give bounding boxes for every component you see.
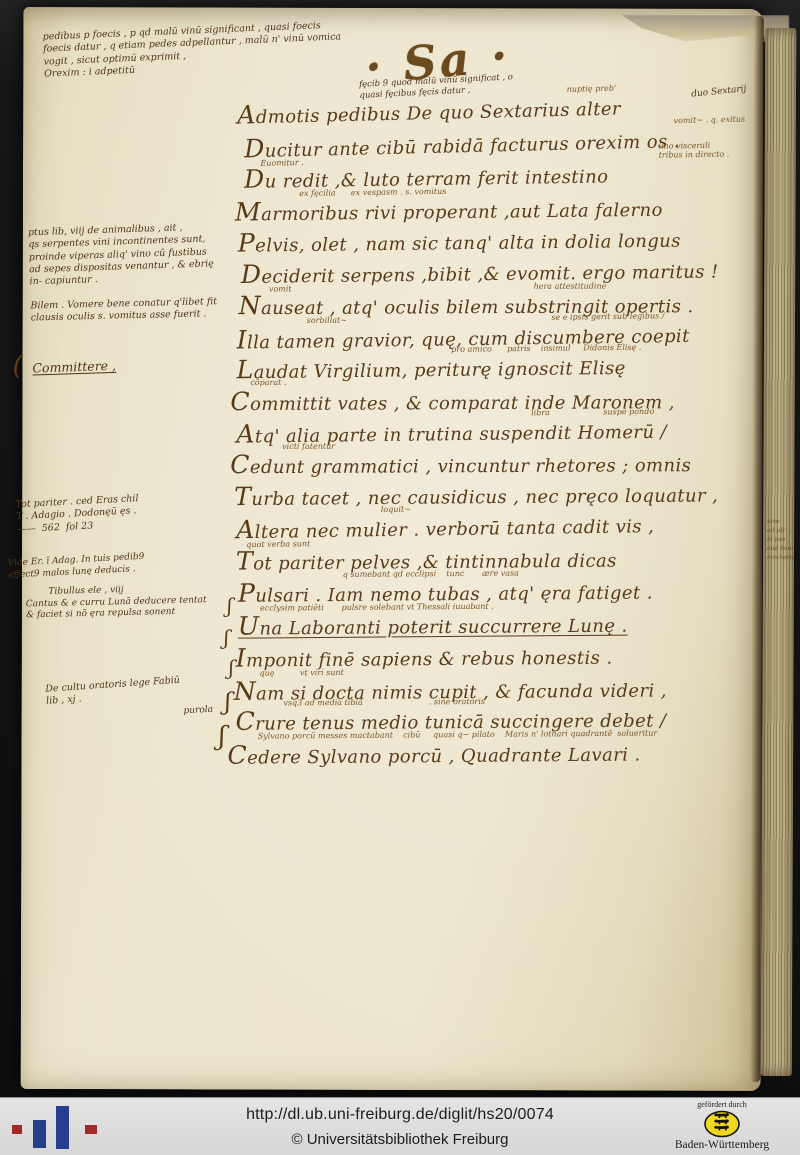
verse-line: Altera nec mulier . verborū tanta cadit …: [236, 511, 654, 542]
verse-line: Cedere Sylvano porcū , Quadrante Lavari …: [227, 739, 640, 767]
funding-block: gefördert durch Baden-Württemberg: [662, 1100, 782, 1155]
pen-flourish-mark: ʃ: [224, 628, 229, 648]
verse-line: Pulsari . Iam nemo tubas , atq' ęra fati…: [238, 578, 653, 606]
margin-note: Tot pariter . ced Eras chilT . Adagio . …: [15, 493, 140, 536]
verse-text: Turba tacet , nec causidicus , nec pręco…: [234, 485, 718, 510]
verse-line: Laudat Virgilium, periturę ignoscit Elis…: [236, 353, 626, 383]
interlinear-gloss-above: hera attestitudine: [534, 283, 607, 292]
verse-text: Cedere Sylvano porcū , Quadrante Lavari …: [227, 744, 640, 768]
margin-note: Vide Er. ī Adag. In tuis pedib9effect9 m…: [7, 552, 145, 582]
interlinear-gloss-above: imo viscerali tribus in directo .: [658, 142, 729, 161]
interlinear-gloss-above: se e ipsis gerit sub legibus /: [551, 312, 664, 322]
interlinear-gloss-above: vsq3 ad media tibiā . sine oratoris: [283, 698, 485, 708]
verse-text: Cedunt grammatici , vincuntur rhetores ;…: [230, 455, 691, 478]
interlinear-gloss-above: quę vt viri sunt: [259, 669, 343, 678]
interlinear-gloss-above: q sumebant qd ecclipsi tunc ære vasa: [343, 570, 519, 580]
margin-note: Bilem . Vomere bene conatur q'libet fitc…: [30, 296, 217, 325]
verse-line: Admotis pedibus De quo Sextarius alternu…: [237, 94, 621, 128]
interlinear-gloss-above: victi fatentur: [282, 443, 335, 452]
pen-flourish-mark: ʃ: [229, 658, 234, 678]
verse-text: Pelvis, olet , nam sic tanq' alta in dol…: [238, 231, 681, 257]
verse-line: Ducitur ante cibū rabidā facturus orexim…: [244, 126, 680, 161]
page-corner-damage: [621, 15, 789, 49]
verse-line: Cedunt grammatici , vincuntur rhetores ;…: [230, 450, 691, 477]
interlinear-gloss-above: cōparat .: [250, 379, 286, 388]
verse-line: Una Laboranti poterit succurrere Lunę .: [238, 611, 628, 639]
margin-note: De cultu oratoris lege Fabiūlib , xj .: [45, 675, 181, 709]
interlinear-gloss-above: loquit~: [381, 506, 411, 515]
verse-line: Pelvis, olet , nam sic tanq' alta in dol…: [238, 226, 681, 256]
interlinear-gloss-above: vomit~ . q. exitus: [673, 116, 745, 126]
verse-text-layer: Admotis pedibus De quo Sextarius alternu…: [23, 7, 763, 9]
pen-flourish-mark: ʃ: [218, 724, 225, 750]
funder-name: Baden-Württemberg: [662, 1139, 782, 1151]
pen-flourish-mark: (: [12, 353, 22, 379]
interlinear-gloss-above: pro amico patris insimul Didonis Elisę .: [451, 344, 641, 355]
margin-note: duo Sextarij: [691, 84, 747, 101]
verse-text: Admotis pedibus De quo Sextarius alter: [237, 99, 621, 129]
margin-note-line: purola: [183, 705, 213, 718]
viewer-footer-bar: http://dl.ub.uni-freiburg.de/diglit/hs20…: [0, 1097, 800, 1155]
margin-note: ptus lib, viij de animalibus , ait ,qs s…: [28, 221, 215, 289]
margin-note: Tibullus ele , viijCantus & e curru Lunā…: [25, 583, 207, 622]
verse-text: Deciderit serpens ,bibit ,& evomit. ergo…: [241, 262, 719, 288]
verse-line: Marmoribus rivi properant ,aut Lata fale…: [235, 195, 663, 225]
baden-wuerttemberg-coat-of-arms-icon: [703, 1110, 741, 1138]
verse-line: Turba tacet , nec causidicus , nec pręco…: [234, 480, 718, 509]
margin-note: pedibus p foecis , p qd malū vinū signif…: [42, 19, 342, 81]
verse-line: Crure tenus medio tunicā succingere debe…: [235, 705, 666, 734]
verse-line: Deciderit serpens ,bibit ,& evomit. ergo…: [241, 257, 719, 288]
margin-notes-layer: pedibus p foecis , p qd malū vinū signif…: [23, 7, 763, 9]
interlinear-gloss-above: nuptię preb': [567, 85, 617, 95]
margin-note-line: Committere ,: [32, 358, 116, 377]
pen-flourish-mark: ʃ: [225, 690, 232, 714]
margin-note-line: duo Sextarij: [691, 84, 747, 101]
verse-text: Marmoribus rivi properant ,aut Lata fale…: [235, 200, 663, 226]
verse-text: Ducitur ante cibū rabidā facturus orexim…: [244, 131, 680, 162]
pen-flourish-mark: ʃ: [227, 596, 232, 616]
interlinear-gloss-below: sorbillat~: [307, 317, 347, 326]
verse-line: Imponit finē sapiens & rebus honestis .: [236, 643, 613, 671]
funded-by-label: gefördert durch: [662, 1100, 782, 1109]
verse-line: Du redit ,& luto terram ferit intestinoi…: [244, 161, 609, 192]
verse-text: Laudat Virgilium, periturę ignoscit Elis…: [236, 358, 625, 383]
facing-page-text-fragments: sine ad pb' ni pso aud honi machoris: [767, 517, 795, 562]
flourish-layer: (ʃʃʃʃʃ: [23, 7, 763, 9]
verse-text: Una Laboranti poterit succurrere Lunę .: [238, 616, 628, 640]
margin-note: Committere ,: [32, 358, 116, 377]
interlinear-gloss-above: libra suspē pondo: [531, 408, 654, 418]
margin-note: purola: [183, 705, 213, 718]
manuscript-page: · Sa · pedibus p foecis , p qd malū vinū…: [21, 7, 764, 1091]
